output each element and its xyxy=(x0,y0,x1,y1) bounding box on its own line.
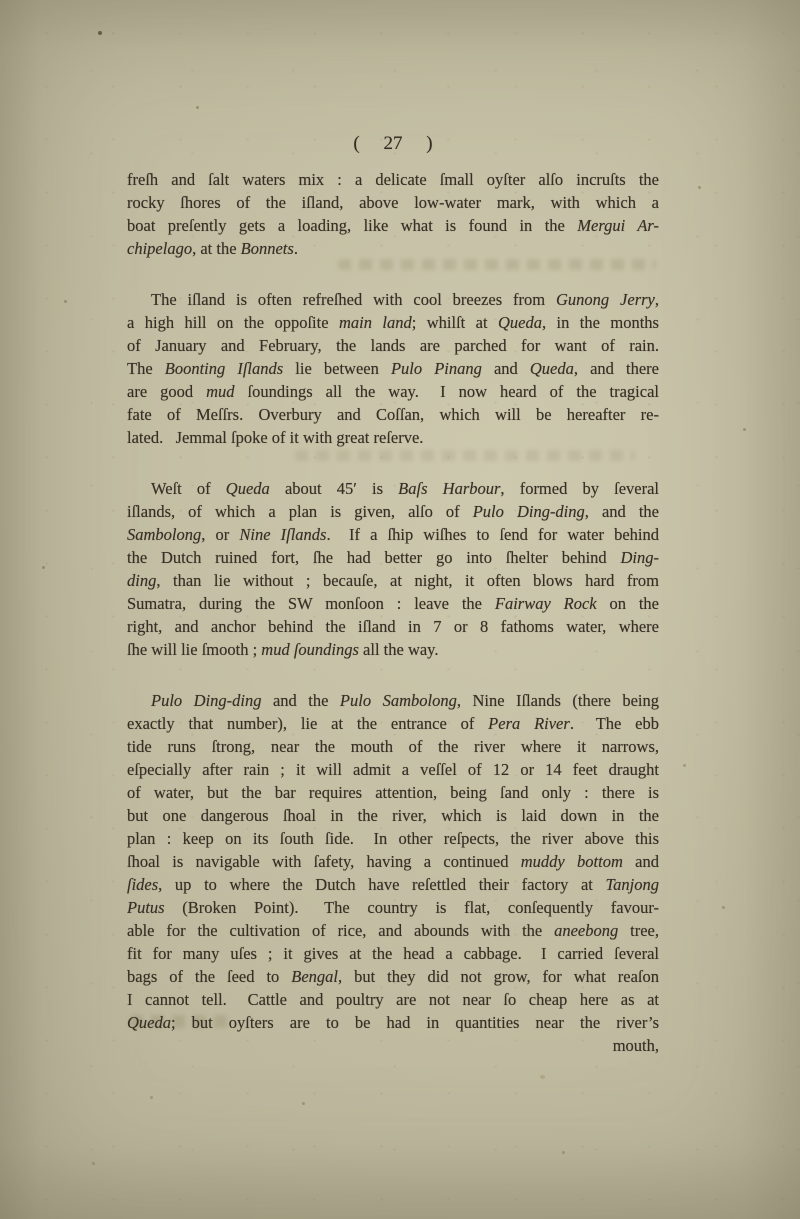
catchword: mouth, xyxy=(127,1034,659,1057)
text-line: bags of the ſeed to Bengal, but they did… xyxy=(127,965,659,988)
paper-speck xyxy=(540,1075,545,1079)
paper-speck xyxy=(42,566,45,569)
text-line: but one dangerous ſhoal in the river, wh… xyxy=(127,804,659,827)
text-line: chipelago, at the Bonnets. xyxy=(127,237,659,260)
text-line: I cannot tell. Cattle and poultry are no… xyxy=(127,988,659,1011)
text-line: of January and February, the lands are p… xyxy=(127,334,659,357)
paragraph: Weſt of Queda about 45′ is Baſs Harbour,… xyxy=(127,477,659,661)
text-line: ſhoal is navigable with ſafety, having a… xyxy=(127,850,659,873)
text-line: a high hill on the oppoſite main land; w… xyxy=(127,311,659,334)
text-line: Sumatra, during the SW monſoon : leave t… xyxy=(127,592,659,615)
paper-speck xyxy=(683,764,686,767)
text-line: Queda; but oyſters are to be had in quan… xyxy=(127,1011,659,1034)
paper-speck xyxy=(722,906,725,909)
paper-speck xyxy=(64,300,67,303)
text-line: boat preſently gets a loading, like what… xyxy=(127,214,659,237)
text-line: The Boonting Iſlands lie between Pulo Pi… xyxy=(127,357,659,380)
text-line: Weſt of Queda about 45′ is Baſs Harbour,… xyxy=(127,477,659,500)
body-text: freſh and ſalt waters mix : a delicate ſ… xyxy=(127,168,659,1034)
paper-speck xyxy=(302,1102,305,1105)
text-line: are good mud ſoundings all the way. I no… xyxy=(127,380,659,403)
paragraph: The iſland is often refreſhed with cool … xyxy=(127,288,659,449)
paper-speck xyxy=(698,186,701,189)
text-line: eſpecially after rain ; it will admit a … xyxy=(127,758,659,781)
text-line: The iſland is often refreſhed with cool … xyxy=(127,288,659,311)
text-line: exactly that number), lie at the entranc… xyxy=(127,712,659,735)
text-line: able for the cultivation of rice, and ab… xyxy=(127,919,659,942)
text-line: ding, than lie without ; becauſe, at nig… xyxy=(127,569,659,592)
text-line: right, and anchor behind the iſland in 7… xyxy=(127,615,659,638)
page-number: ( 27 ) xyxy=(127,132,659,156)
paper-speck xyxy=(98,31,102,35)
text-line: fate of Meſſrs. Overbury and Coſſan, whi… xyxy=(127,403,659,426)
text-line: Sambolong, or Nine Iſlands. If a ſhip wi… xyxy=(127,523,659,546)
paper-speck xyxy=(196,106,199,109)
text-line: tide runs ſtrong, near the mouth of the … xyxy=(127,735,659,758)
text-line: lated. Jemmal ſpoke of it with great reſ… xyxy=(127,426,659,449)
book-page: ( 27 ) freſh and ſalt waters mix : a del… xyxy=(0,0,800,1219)
paper-speck xyxy=(743,428,746,431)
paper-speck xyxy=(92,1162,95,1165)
text-line: the Dutch ruined fort, ſhe had better go… xyxy=(127,546,659,569)
text-line: iſlands, of which a plan is given, alſo … xyxy=(127,500,659,523)
text-line: rocky ſhores of the iſland, above low-wa… xyxy=(127,191,659,214)
text-line: freſh and ſalt waters mix : a delicate ſ… xyxy=(127,168,659,191)
text-block: ( 27 ) freſh and ſalt waters mix : a del… xyxy=(127,132,659,1057)
text-line: plan : keep on its ſouth ſide. In other … xyxy=(127,827,659,850)
text-line: Pulo Ding-ding and the Pulo Sambolong, N… xyxy=(127,689,659,712)
paragraph: freſh and ſalt waters mix : a delicate ſ… xyxy=(127,168,659,260)
text-line: of water, but the bar requires attention… xyxy=(127,781,659,804)
paper-speck xyxy=(150,1096,153,1099)
paper-speck xyxy=(562,1151,565,1154)
text-line: ſhe will lie ſmooth ; mud ſoundings all … xyxy=(127,638,659,661)
paragraph: Pulo Ding-ding and the Pulo Sambolong, N… xyxy=(127,689,659,1034)
text-line: ſides, up to where the Dutch have reſett… xyxy=(127,873,659,896)
text-line: fit for many uſes ; it gives at the head… xyxy=(127,942,659,965)
text-line: Putus (Broken Point). The country is fla… xyxy=(127,896,659,919)
